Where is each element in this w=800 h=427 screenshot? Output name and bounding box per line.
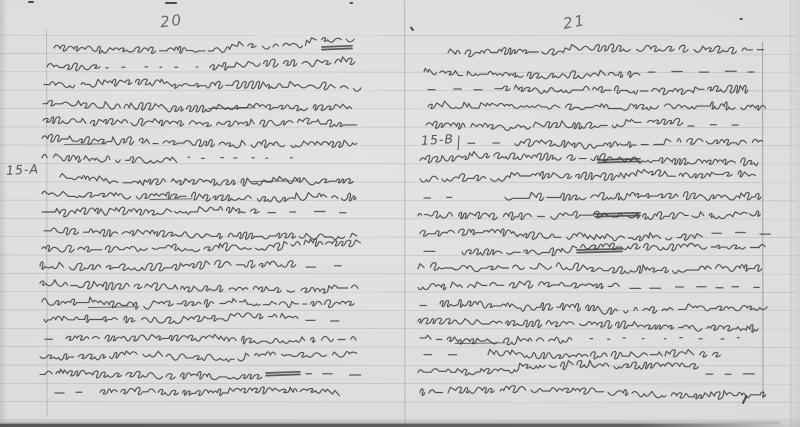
handwritten-line — [426, 118, 738, 130]
right-page-ink — [418, 44, 774, 399]
handwritten-line — [42, 207, 346, 217]
scan-artifacts-layer — [0, 2, 800, 427]
handwritten-line — [42, 239, 360, 253]
handwritten-line — [418, 360, 754, 375]
handwritten-line — [44, 228, 357, 240]
handwritten-line — [424, 243, 765, 256]
handwritten-line — [418, 281, 759, 290]
handwritten-line — [43, 101, 357, 113]
handwritten-line — [55, 387, 340, 396]
handwritten-line — [468, 139, 767, 149]
handwritten-line — [45, 334, 356, 343]
handwritten-line — [420, 335, 739, 345]
ruled-lines-layer — [1, 35, 797, 420]
handwritten-line — [43, 117, 357, 127]
handwritten-line — [42, 297, 354, 309]
handwritten-line — [42, 134, 357, 148]
handwritten-line — [418, 263, 762, 274]
handwritten-line — [424, 192, 761, 201]
handwritten-line — [420, 386, 768, 400]
handwritten-line — [424, 68, 754, 78]
margin-tick-mark — [458, 136, 459, 151]
handwritten-line — [420, 229, 770, 241]
left-page-ink — [40, 38, 361, 396]
handwritten-line — [448, 44, 764, 57]
handwritten-line — [60, 174, 358, 187]
scan-canvas — [0, 0, 800, 427]
handwritten-line — [40, 369, 361, 379]
handwritten-line — [47, 57, 355, 71]
handwritten-line — [44, 313, 339, 324]
handwritten-line — [40, 280, 358, 293]
handwritten-line — [420, 300, 774, 315]
handwritten-line — [424, 349, 720, 359]
handwritten-line — [44, 79, 361, 91]
handwritten-line — [42, 154, 292, 163]
handwritten-line — [40, 260, 341, 271]
handwritten-line — [40, 351, 357, 362]
right-margin-label: 15-B — [421, 131, 455, 148]
handwritten-line — [418, 318, 763, 332]
left-margin-label: 15-A — [6, 161, 40, 178]
left-page-number: 20 — [159, 11, 184, 32]
handwritten-line — [420, 169, 756, 182]
handwritten-line — [428, 85, 753, 95]
manuscript-scan: 20 21 15-A 15-B — [0, 0, 800, 427]
handwritten-line — [54, 38, 354, 54]
